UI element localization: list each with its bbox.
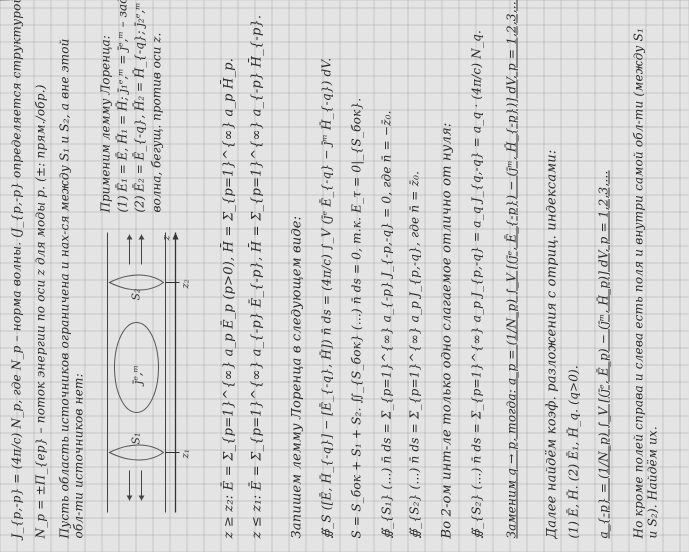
text-line: ∯_{S₁} (…) n̄ ds = Σ_{p=1}^{∞} a_{-p} J_… [380,110,394,538]
formula-a-p: Заменим q → p, тогда: a_p = (1/N_p) ∫_V … [505,0,519,539]
text-line: Пусть область источников ограничена и на… [58,19,86,539]
svg-text:z₂: z₂ [181,279,190,289]
text-line: ∯_{S₂} (…) n̄ ds = Σ_{p=1}^{∞} a_p J_{p,… [470,30,484,539]
text-line: N_p = ±Π_{ep} – поток энергии по оси z д… [34,84,48,538]
text-line: (1) Ē, H̄. (2) Ē₁, H̄_q. (q>0). [567,365,581,538]
text-line: z ≤ z₁: Ē = Σ_{p=1}^{∞} a_{-p} Ē_{-p}, H… [250,15,265,539]
notebook-page: J_{p,-p} = (4π/c) N_p, где N_p – норма в… [0,1,689,552]
svg-text:S₁: S₁ [130,433,143,445]
source-label: j̄ᵉ,ᵐ [131,365,145,387]
svg-text:z₁: z₁ [181,449,190,459]
svg-text:z: z [162,235,173,242]
sources-region-diagram: j̄ᵉ,ᵐ S₁ S₂ z₁ z₂ z [100,223,190,523]
lorentz-lemma-block: Применим лемму Лоренца: (1) Ē₁ = Ē, H̄₁ … [98,0,166,213]
text-line: Во 2-ом инт-ле только одно слагаемое отл… [440,123,455,539]
svg-text:S₂: S₂ [130,289,143,301]
text-line: J_{p,-p} = (4π/c) N_p, где N_p – норма в… [10,0,24,539]
text-line: ∯_S ([Ē, H̄_{-q}] − [Ē_{-q}, H̄]) n̄ ds … [320,58,334,539]
text-line: z ≥ z₂: Ē = Σ_{p=1}^{∞} a_p Ē_p (p>0), H… [222,58,237,539]
text-line: S = S_бок + S₁ + S₂. ∬_{S_бок} (…) n̄ ds… [350,98,364,539]
text-line: Но кроме полей справа и слева есть поля … [632,19,660,539]
formula-a-minus-p: a_{-p} = (1/N_p) ∫_V [(j̄ᵉ, Ē_p) − (j̄ᵐ,… [597,170,611,538]
text-line: Далее найдём коэф. разложения с отриц. и… [545,150,560,539]
text-line: ∯_{S₂} (…) n̄ ds = Σ_{p=1}^{∞} a_p J_{p,… [408,171,422,539]
text-line: Запишем лемму Лоренца в следующем виде: [290,216,305,539]
